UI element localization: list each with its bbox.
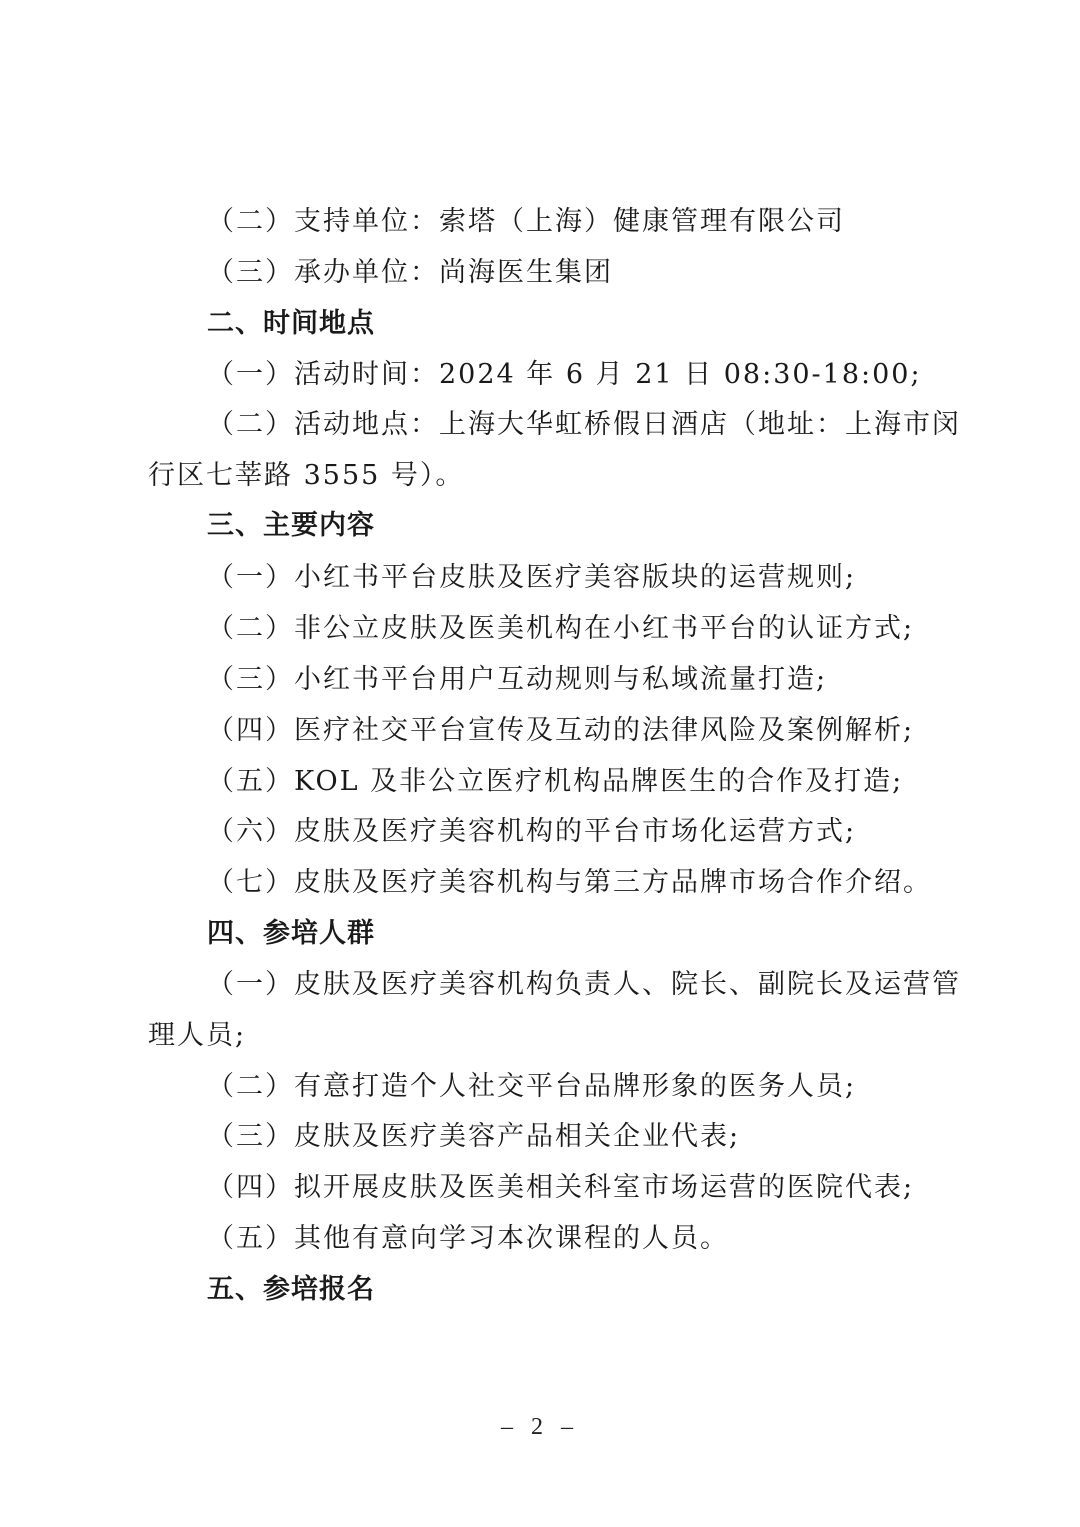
supporting-unit-value: 索塔（上海）健康管理有限公司	[439, 206, 845, 237]
participant-item-line2: 理人员;	[0, 1018, 1080, 1054]
content-item: （六）皮肤及医疗美容机构的平台市场化运营方式;	[0, 814, 1080, 850]
content-item: （五）KOL 及非公立医疗机构品牌医生的合作及打造;	[0, 764, 1080, 800]
event-place-line2: 行区七莘路 3555 号）。	[0, 458, 1080, 494]
section-heading-time-place: 二、时间地点	[0, 306, 1080, 342]
hosting-unit-label: （三）承办单位：	[207, 257, 439, 288]
section-heading-registration: 五、参培报名	[0, 1272, 1080, 1308]
participant-item: （四）拟开展皮肤及医美相关科室市场运营的医院代表;	[0, 1170, 1080, 1206]
participant-item: （五）其他有意向学习本次课程的人员。	[0, 1221, 1080, 1257]
content-item: （七）皮肤及医疗美容机构与第三方品牌市场合作介绍。	[0, 865, 1080, 901]
event-time: （一）活动时间：2024 年 6 月 21 日 08:30-18:00;	[0, 357, 1080, 393]
content-item: （一）小红书平台皮肤及医疗美容版块的运营规则;	[0, 560, 1080, 596]
document-page: （二）支持单位：索塔（上海）健康管理有限公司 （三）承办单位：尚海医生集团 二、…	[0, 0, 1080, 1527]
hosting-unit-line: （三）承办单位：尚海医生集团	[0, 255, 1080, 291]
content-item: （二）非公立皮肤及医美机构在小红书平台的认证方式;	[0, 611, 1080, 647]
supporting-unit-line: （二）支持单位：索塔（上海）健康管理有限公司	[0, 204, 1080, 240]
participant-item-line1: （一）皮肤及医疗美容机构负责人、院长、副院长及运营管	[0, 967, 1080, 1003]
participant-item: （二）有意打造个人社交平台品牌形象的医务人员;	[0, 1069, 1080, 1105]
supporting-unit-label: （二）支持单位：	[207, 206, 439, 237]
page-number: – 2 –	[0, 1414, 1080, 1441]
participant-item: （三）皮肤及医疗美容产品相关企业代表;	[0, 1119, 1080, 1155]
event-place-line1: （二）活动地点：上海大华虹桥假日酒店（地址：上海市闵	[0, 407, 1080, 443]
hosting-unit-value: 尚海医生集团	[439, 257, 613, 288]
section-heading-participants: 四、参培人群	[0, 916, 1080, 952]
content-item: （四）医疗社交平台宣传及互动的法律风险及案例解析;	[0, 713, 1080, 749]
content-item: （三）小红书平台用户互动规则与私域流量打造;	[0, 662, 1080, 698]
section-heading-main-content: 三、主要内容	[0, 508, 1080, 544]
